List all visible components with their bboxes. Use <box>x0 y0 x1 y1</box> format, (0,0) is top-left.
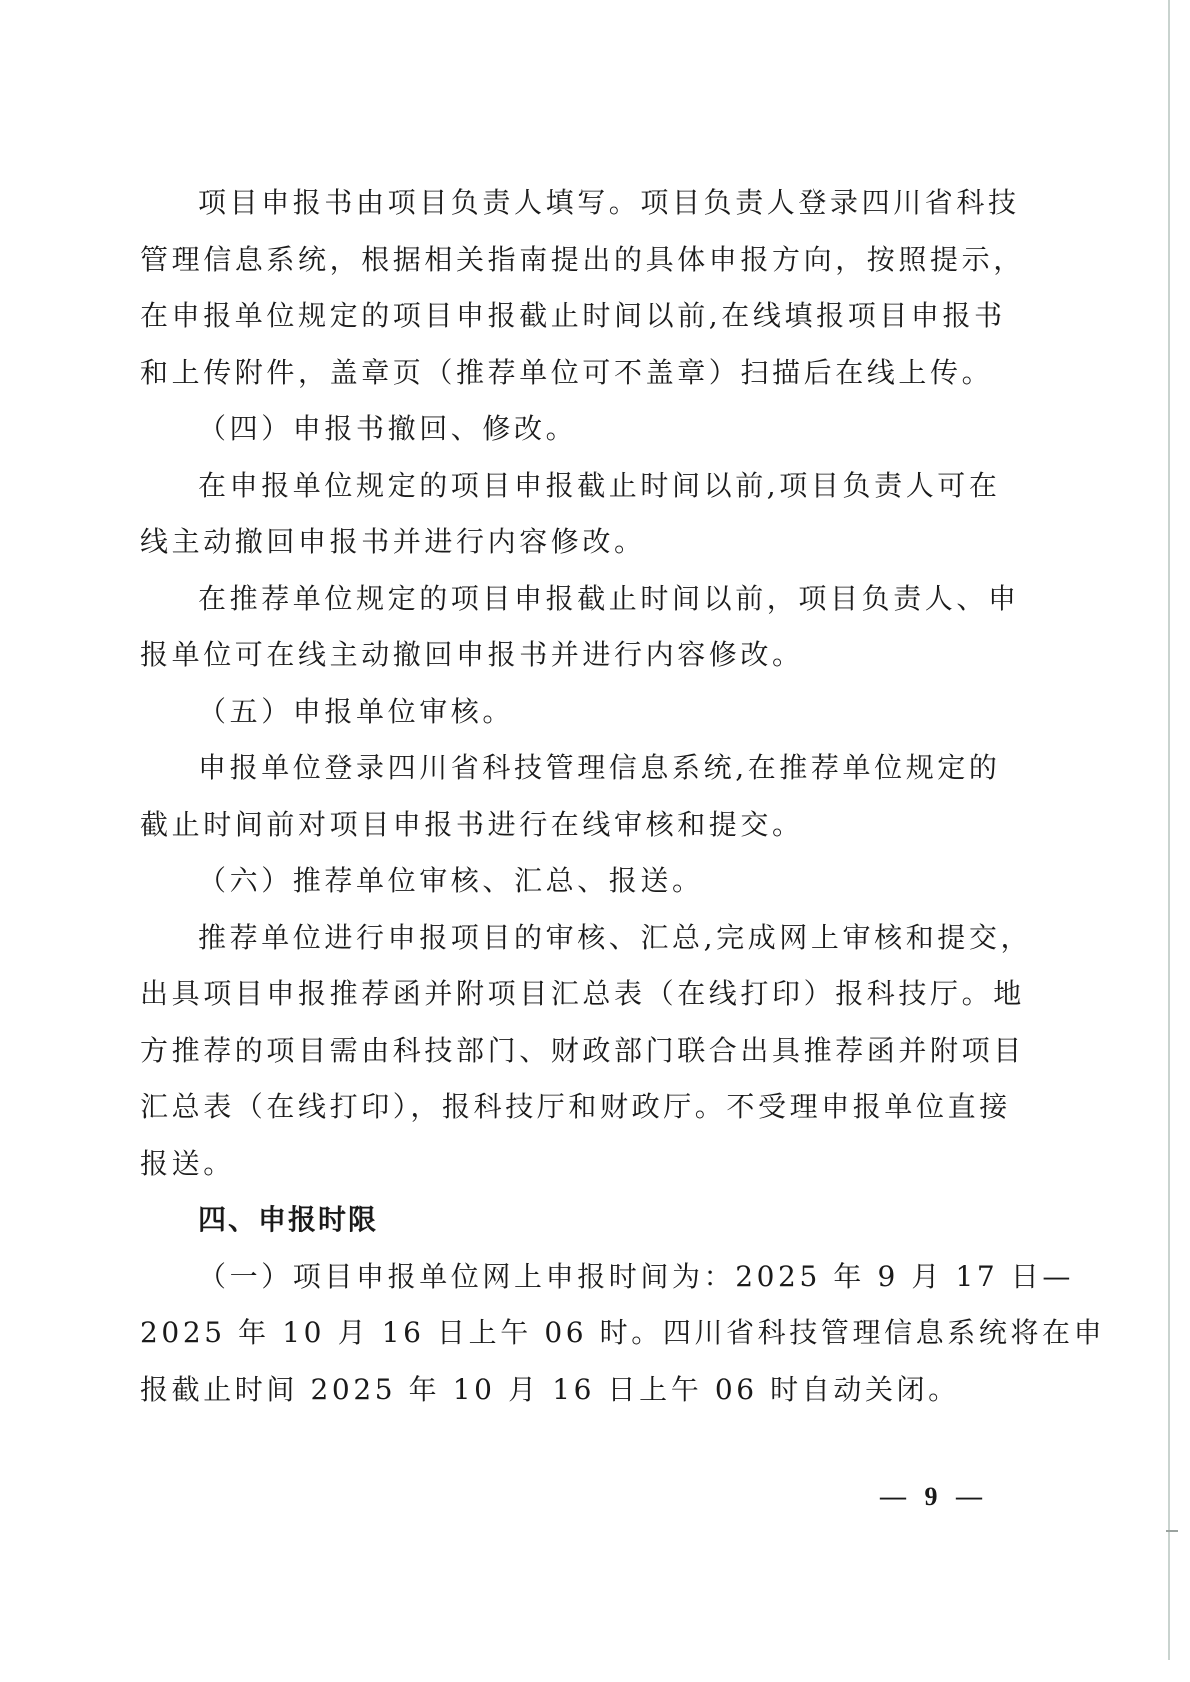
body-line: 在推荐单位规定的项目申报截止时间以前，项目负责人、申 <box>140 571 960 628</box>
body-line: 管理信息系统，根据相关指南提出的具体申报方向，按照提示， <box>140 232 960 289</box>
body-line: 在申报单位规定的项目申报截止时间以前,在线填报项目申报书 <box>140 288 960 345</box>
body-line: 推荐单位进行申报项目的审核、汇总,完成网上审核和提交， <box>140 910 960 967</box>
scan-edge-line <box>1168 0 1170 1660</box>
body-line: 方推荐的项目需由科技部门、财政部门联合出具推荐函并附项目 <box>140 1023 960 1080</box>
body-line: 项目申报书由项目负责人填写。项目负责人登录四川省科技 <box>140 175 960 232</box>
body-line: 在申报单位规定的项目申报截止时间以前,项目负责人可在 <box>140 458 960 515</box>
document-body: 项目申报书由项目负责人填写。项目负责人登录四川省科技 管理信息系统，根据相关指南… <box>140 175 960 1418</box>
body-line: 报送。 <box>140 1136 960 1193</box>
body-line: 和上传附件，盖章页（推荐单位可不盖章）扫描后在线上传。 <box>140 345 960 402</box>
body-line: 申报单位登录四川省科技管理信息系统,在推荐单位规定的 <box>140 740 960 797</box>
body-line: 截止时间前对项目申报书进行在线审核和提交。 <box>140 797 960 854</box>
scan-edge-tick <box>1166 1530 1178 1532</box>
body-line: 线主动撤回申报书并进行内容修改。 <box>140 514 960 571</box>
body-line: 报截止时间 2025 年 10 月 16 日上午 06 时自动关闭。 <box>140 1362 960 1419</box>
body-line: （一）项目申报单位网上申报时间为：2025 年 9 月 17 日— <box>140 1249 960 1306</box>
body-line: 汇总表（在线打印），报科技厅和财政厅。不受理申报单位直接 <box>140 1079 960 1136</box>
body-line: 2025 年 10 月 16 日上午 06 时。四川省科技管理信息系统将在申 <box>140 1305 960 1362</box>
section-heading-deadline: 四、申报时限 <box>140 1192 960 1249</box>
body-line: 出具项目申报推荐函并附项目汇总表（在线打印）报科技厅。地 <box>140 966 960 1023</box>
subheading-recommender-review: （六）推荐单位审核、汇总、报送。 <box>140 853 960 910</box>
document-page: 项目申报书由项目负责人填写。项目负责人登录四川省科技 管理信息系统，根据相关指南… <box>0 0 1190 1682</box>
page-number: — 9 — <box>880 1482 988 1512</box>
subheading-withdraw-modify: （四）申报书撤回、修改。 <box>140 401 960 458</box>
subheading-applicant-review: （五）申报单位审核。 <box>140 684 960 741</box>
body-line: 报单位可在线主动撤回申报书并进行内容修改。 <box>140 627 960 684</box>
